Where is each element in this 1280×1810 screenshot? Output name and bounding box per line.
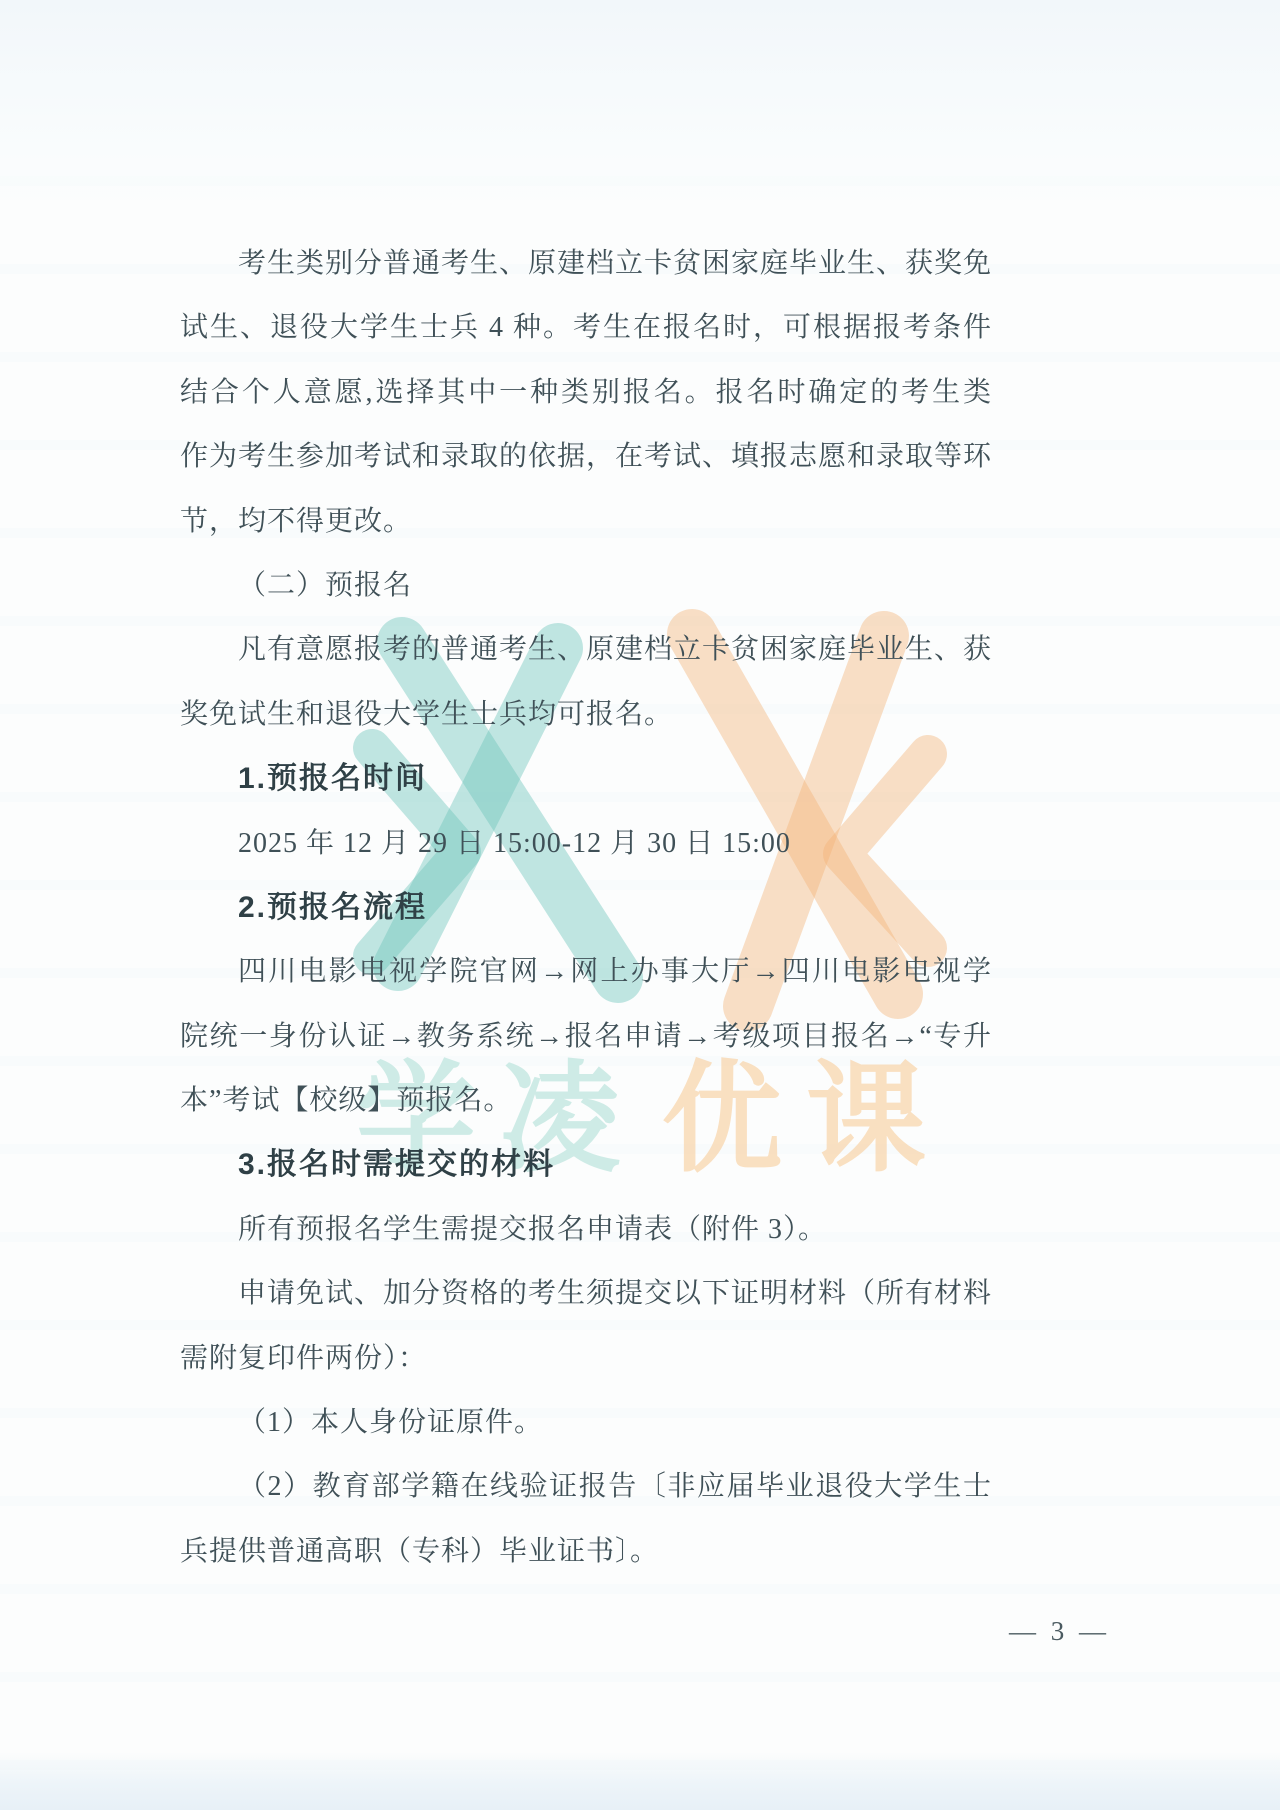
heading-line: 2.预报名流程 [180, 876, 992, 940]
document-text: 考生类别分普通考生、原建档立卡贫困家庭毕业生、获奖免试生、退役大学生士兵 4 种… [180, 232, 992, 1584]
text-line: （1）本人身份证原件。 [180, 1391, 992, 1455]
text-line: 院统一身份认证→教务系统→报名申请→考级项目报名→“专升 [180, 1005, 992, 1069]
text-line: （二）预报名 [180, 554, 992, 618]
heading-line: 3.报名时需提交的材料 [180, 1133, 992, 1197]
text-line: 作为考生参加考试和录取的依据，在考试、填报志愿和录取等环 [180, 425, 992, 489]
page-number: — 3 — [1009, 1616, 1110, 1647]
text-line: 奖免试生和退役大学生士兵均可报名。 [180, 683, 992, 747]
text-line: 试生、退役大学生士兵 4 种。考生在报名时，可根据报考条件并 [180, 296, 992, 360]
text-line: 本”考试【校级】预报名。 [180, 1069, 992, 1133]
text-line: 节，均不得更改。 [180, 490, 992, 554]
text-line: 兵提供普通高职（专科）毕业证书〕。 [180, 1520, 992, 1584]
text-line: 所有预报名学生需提交报名申请表（附件 3）。 [180, 1198, 992, 1262]
heading-line: 1.预报名时间 [180, 747, 992, 811]
text-line: 凡有意愿报考的普通考生、原建档立卡贫困家庭毕业生、获 [180, 618, 992, 682]
text-line: 申请免试、加分资格的考生须提交以下证明材料（所有材料 [180, 1262, 992, 1326]
text-line: 需附复印件两份）： [180, 1327, 992, 1391]
scanned-page: 学凌 优课 考生类别分普通考生、原建档立卡贫困家庭毕业生、获奖免试生、退役大学生… [0, 0, 1280, 1810]
text-line: 考生类别分普通考生、原建档立卡贫困家庭毕业生、获奖免 [180, 232, 992, 296]
text-line: （2）教育部学籍在线验证报告〔非应届毕业退役大学生士 [180, 1455, 992, 1519]
text-line: 四川电影电视学院官网→网上办事大厅→四川电影电视学 [180, 940, 992, 1004]
text-line: 2025 年 12 月 29 日 15:00-12 月 30 日 15:00 [180, 812, 992, 876]
text-line: 结合个人意愿,选择其中一种类别报名。报名时确定的考生类别， [180, 361, 992, 425]
